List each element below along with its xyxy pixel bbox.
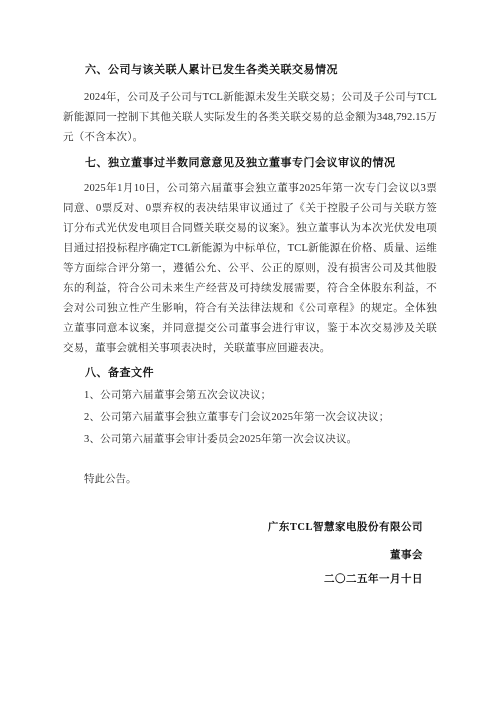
reference-document-item-3: 3、公司第六届董事会审计委员会2025年第一次会议决议。 bbox=[63, 429, 437, 451]
reference-document-item-2: 2、公司第六届董事会独立董事专门会议2025年第一次会议决议； bbox=[63, 407, 437, 429]
signature-company-name: 广东TCL智慧家电股份有限公司 bbox=[63, 518, 423, 538]
reference-documents-list: 1、公司第六届董事会第五次会议决议； 2、公司第六届董事会独立董事专门会议202… bbox=[63, 385, 437, 451]
section-6-heading: 六、公司与该关联人累计已发生各类关联交易情况 bbox=[63, 60, 437, 80]
document-content: 六、公司与该关联人累计已发生各类关联交易情况 2024年，公司及子公司与TCL新… bbox=[63, 60, 437, 590]
reference-document-item-1: 1、公司第六届董事会第五次会议决议； bbox=[63, 385, 437, 407]
section-8-heading: 八、备查文件 bbox=[63, 363, 437, 383]
closing-statement: 特此公告。 bbox=[63, 470, 437, 490]
signature-board: 董事会 bbox=[63, 546, 423, 566]
announcement-page: 六、公司与该关联人累计已发生各类关联交易情况 2024年，公司及子公司与TCL新… bbox=[0, 0, 500, 707]
signature-date: 二〇二五年一月十日 bbox=[63, 570, 423, 590]
section-6-paragraph: 2024年，公司及子公司与TCL新能源未发生关联交易；公司及子公司与TCL新能源… bbox=[63, 88, 437, 148]
section-7-paragraph: 2025年1月10日，公司第六届董事会独立董事2025年第一次专门会议以3票同意… bbox=[63, 179, 437, 359]
signature-block: 广东TCL智慧家电股份有限公司 董事会 二〇二五年一月十日 bbox=[63, 518, 437, 590]
section-7-heading: 七、独立董事过半数同意意见及独立董事专门会议审议的情况 bbox=[63, 153, 437, 173]
